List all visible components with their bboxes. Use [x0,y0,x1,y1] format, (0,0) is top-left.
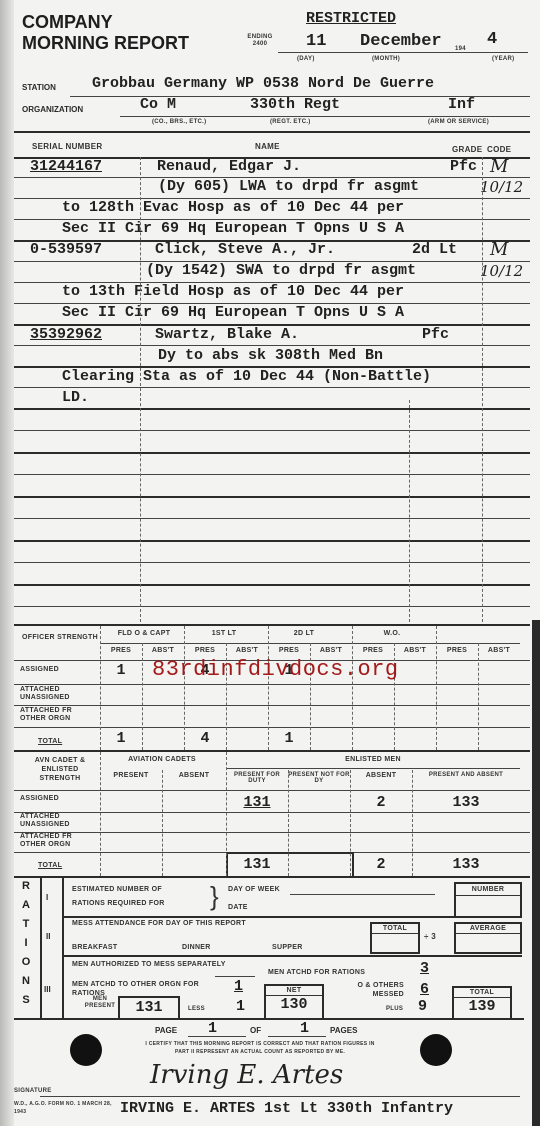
row-label-total: TOTAL [38,738,62,745]
men-present-label: MEN PRESENT [80,996,120,1010]
part-i-numeral: I [46,893,48,902]
watermark-text: 83rdinfdivdocs.org [152,657,399,682]
group-wo: W.O. [352,630,432,637]
cell [142,730,184,747]
subcol-present-and-absent: PRESENT AND ABSENT [412,772,520,784]
serial-number: 31244167 [30,158,102,175]
scan-edge-right [532,620,540,1126]
group-enlisted-men: ENLISTED MEN [226,756,520,763]
divide-by-three: ÷ 3 [424,932,436,941]
of-value: 1 [300,1020,309,1037]
atchd-for-rations-value: 3 [420,960,429,977]
subcol-present: PRESENT [100,772,162,784]
day-caption: (DAY) [297,56,315,62]
entry-line: Clearing Sta as of 10 Dec 44 (Non-Battle… [62,368,431,385]
subcol-pres: PRES [436,647,478,654]
cell [288,794,350,811]
rations-total-value: 139 [454,998,510,1015]
men-present-value: 131 [120,998,178,1018]
net-value: 130 [266,996,322,1013]
cell: 1 [268,730,310,747]
row-label-attached-fr-other: ATTACHED FR OTHER ORGN [20,833,100,849]
rations-letter: O [20,956,32,968]
officer-strength-title: OFFICER STRENGTH [20,633,100,642]
of-label: OF [250,1026,261,1035]
cell [162,856,226,873]
rations-total-box: TOTAL 139 [452,986,512,1020]
rations-letter: A [20,899,32,911]
row-label-attached-unassigned: ATTACHED UNASSIGNED [20,813,100,829]
cell: 2 [350,794,412,811]
report-day: 11 [306,32,326,51]
rations-letter: S [20,994,32,1006]
soldier-grade: Pfc [450,158,477,175]
subcol-pres: PRES [352,647,394,654]
subcol-present-for-duty: PRESENT FOR DUTY [226,772,288,784]
brace-icon: } [210,883,219,909]
day-of-week-field [290,894,435,895]
col-grade: GRADE [452,145,482,154]
part-i-label-1: ESTIMATED NUMBER OF [72,886,162,893]
roster-top-rule [14,131,530,133]
cell: 1 [100,662,142,679]
subcol-pres: PRES [184,647,226,654]
classification-stamp: RESTRICTED [306,10,396,27]
cell: 4 [184,730,226,747]
title-line-1: COMPANY [22,12,189,33]
part-ii-numeral: II [46,932,50,941]
entry-line: to 13th Field Hosp as of 10 Dec 44 per [62,283,404,300]
org-caption-3: (ARM OR SERVICE) [428,119,489,125]
report-year-digit: 4 [487,30,497,49]
cell: 2 [350,856,412,873]
form-title: COMPANY MORNING REPORT [22,12,189,54]
less-value: 1 [236,998,245,1015]
serial-number: 35392962 [30,326,102,343]
row-label-attached-unassigned: ATTACHED UNASSIGNED [20,686,100,702]
entry-line: to 128th Evac Hosp as of 10 Dec 44 per [62,199,404,216]
pages-label: PAGES [330,1026,357,1035]
total-label: TOTAL [372,924,418,934]
cell: 133 [412,794,520,811]
cell: 1 [100,730,142,747]
punch-hole-right [420,1034,452,1066]
soldier-code: M [490,156,508,177]
year-caption: (YEAR) [492,56,514,62]
entry-line: (Dy 605) LWA to drpd fr asgmt [158,178,419,195]
signature: Irving E. Artes [150,1060,343,1090]
station-value: Grobbau Germany WP 0538 Nord De Guerre [92,75,434,92]
number-box: NUMBER [454,882,522,918]
soldier-grade: Pfc [422,326,449,343]
soldier-code: M [490,239,508,260]
organization-company: Co M [140,96,176,113]
page-value: 1 [208,1020,217,1037]
subcol-absent: ABSENT [162,772,226,784]
col-serial-number: SERIAL NUMBER [32,142,102,151]
dinner-label: DINNER [182,944,211,951]
organization-arm: Inf [448,96,475,113]
group-1st-lt: 1ST LT [184,630,264,637]
serial-number: 0-539597 [30,241,102,258]
soldier-grade: 2d Lt [412,241,457,258]
form-id: W.D., A.G.O. FORM NO. 1 MARCH 28, 1943 [14,1100,114,1116]
certification-text: I CERTIFY THAT THIS MORNING REPORT IS CO… [140,1040,380,1056]
subcol-abst: ABS'T [310,647,352,654]
group-fld-o-capt: FLD O & CAPT [104,630,184,637]
subcol-present-not-for-dy: PRESENT NOT FOR DY [288,772,350,784]
atchd-for-rations-label: MEN ATCHD FOR RATIONS [268,969,365,976]
breakfast-label: BREAKFAST [72,944,117,951]
rations-letter: T [20,918,32,930]
number-label: NUMBER [456,884,520,896]
total-duty-box [226,852,354,878]
month-caption: (MONTH) [372,56,400,62]
day-of-week-label: DAY OF WEEK [228,886,280,893]
enlisted-strength-title: AVN CADET & ENLISTED STRENGTH [20,756,100,783]
punch-hole-left [70,1034,102,1066]
code-note: 10/12 [480,262,523,280]
rations-total-label: TOTAL [454,988,510,998]
ending-label: ENDING 2400 [244,34,276,48]
cell [226,730,268,747]
station-label: STATION [22,83,56,92]
group-aviation-cadets: AVIATION CADETS [100,756,224,763]
auth-separately-label: MEN AUTHORIZED TO MESS SEPARATELY [72,960,262,969]
morning-report-document: COMPANY MORNING REPORT RESTRICTED ENDING… [0,0,540,1126]
soldier-name: Click, Steve A., Jr. [155,241,335,258]
scan-edge-left [0,0,14,1126]
signature-label: SIGNATURE [14,1088,52,1094]
subcol-pres: PRES [100,647,142,654]
organization-underline [120,116,530,117]
cell [100,794,162,811]
soldier-name: Swartz, Blake A. [155,326,299,343]
entry-line: Dy to abs sk 308th Med Bn [158,347,383,364]
col-code: CODE [487,145,511,154]
row-label-total: TOTAL [38,862,62,869]
men-present-box: 131 [118,996,180,1020]
entry-line: Sec II Cir 69 Hq European T Opns U S A [62,220,404,237]
subcol-pres: PRES [268,647,310,654]
plus-value: 9 [418,998,427,1015]
organization-label: ORGANIZATION [22,105,83,114]
subcol-abst: ABS'T [478,647,520,654]
entry-line: Sec II Cir 69 Hq European T Opns U S A [62,304,404,321]
signer-typed-name: IRVING E. ARTES 1st Lt 330th Infantry [120,1100,453,1117]
part-iii-numeral: III [44,985,51,994]
entry-line: LD. [62,389,89,406]
net-label: NET [266,986,322,996]
entry-line: (Dy 1542) SWA to drpd fr asgmt [146,262,416,279]
rations-letter: R [20,880,32,892]
subcol-absent: ABSENT [350,772,412,784]
net-box: NET 130 [264,984,324,1020]
rations-letter: I [20,937,32,949]
title-line-2: MORNING REPORT [22,33,189,54]
less-label: LESS [188,1006,205,1012]
cell [100,856,162,873]
col-name: NAME [255,142,280,151]
subcol-abst: ABS'T [394,647,436,654]
total-box: TOTAL [370,922,420,954]
org-caption-1: (CO., BRS., ETC.) [152,119,206,125]
date-underline [278,52,528,53]
others-messed-label: O & OTHERS MESSED [338,981,404,999]
auth-separately-field [215,976,255,977]
plus-label: PLUS [386,1006,403,1012]
code-note: 10/12 [480,178,523,196]
row-label-attached-fr-other: ATTACHED FR OTHER ORGN [20,707,100,723]
subcol-abst: ABS'T [226,647,268,654]
page-label: PAGE [155,1026,177,1035]
others-messed-value: 6 [420,981,429,998]
date-label: DATE [228,904,248,911]
average-label: AVERAGE [456,924,520,934]
cell: 133 [412,856,520,873]
row-label-assigned: ASSIGNED [20,795,59,802]
soldier-name: Renaud, Edgar J. [157,158,301,175]
org-caption-2: (REGT. ETC.) [270,119,311,125]
group-2d-lt: 2D LT [264,630,344,637]
supper-label: SUPPER [272,944,303,951]
report-month: December [360,32,442,51]
row-label-assigned: ASSIGNED [20,666,59,673]
atchd-other-value: 1 [234,978,243,995]
subcol-abst: ABS'T [142,647,184,654]
rations-letter: N [20,975,32,987]
cell: 131 [226,794,288,811]
organization-regiment: 330th Regt [250,96,340,113]
part-i-label-2: RATIONS REQUIRED FOR [72,900,165,907]
cell [162,794,226,811]
mess-attendance-title: MESS ATTENDANCE FOR DAY OF THIS REPORT [72,920,246,927]
average-box: AVERAGE [454,922,522,954]
